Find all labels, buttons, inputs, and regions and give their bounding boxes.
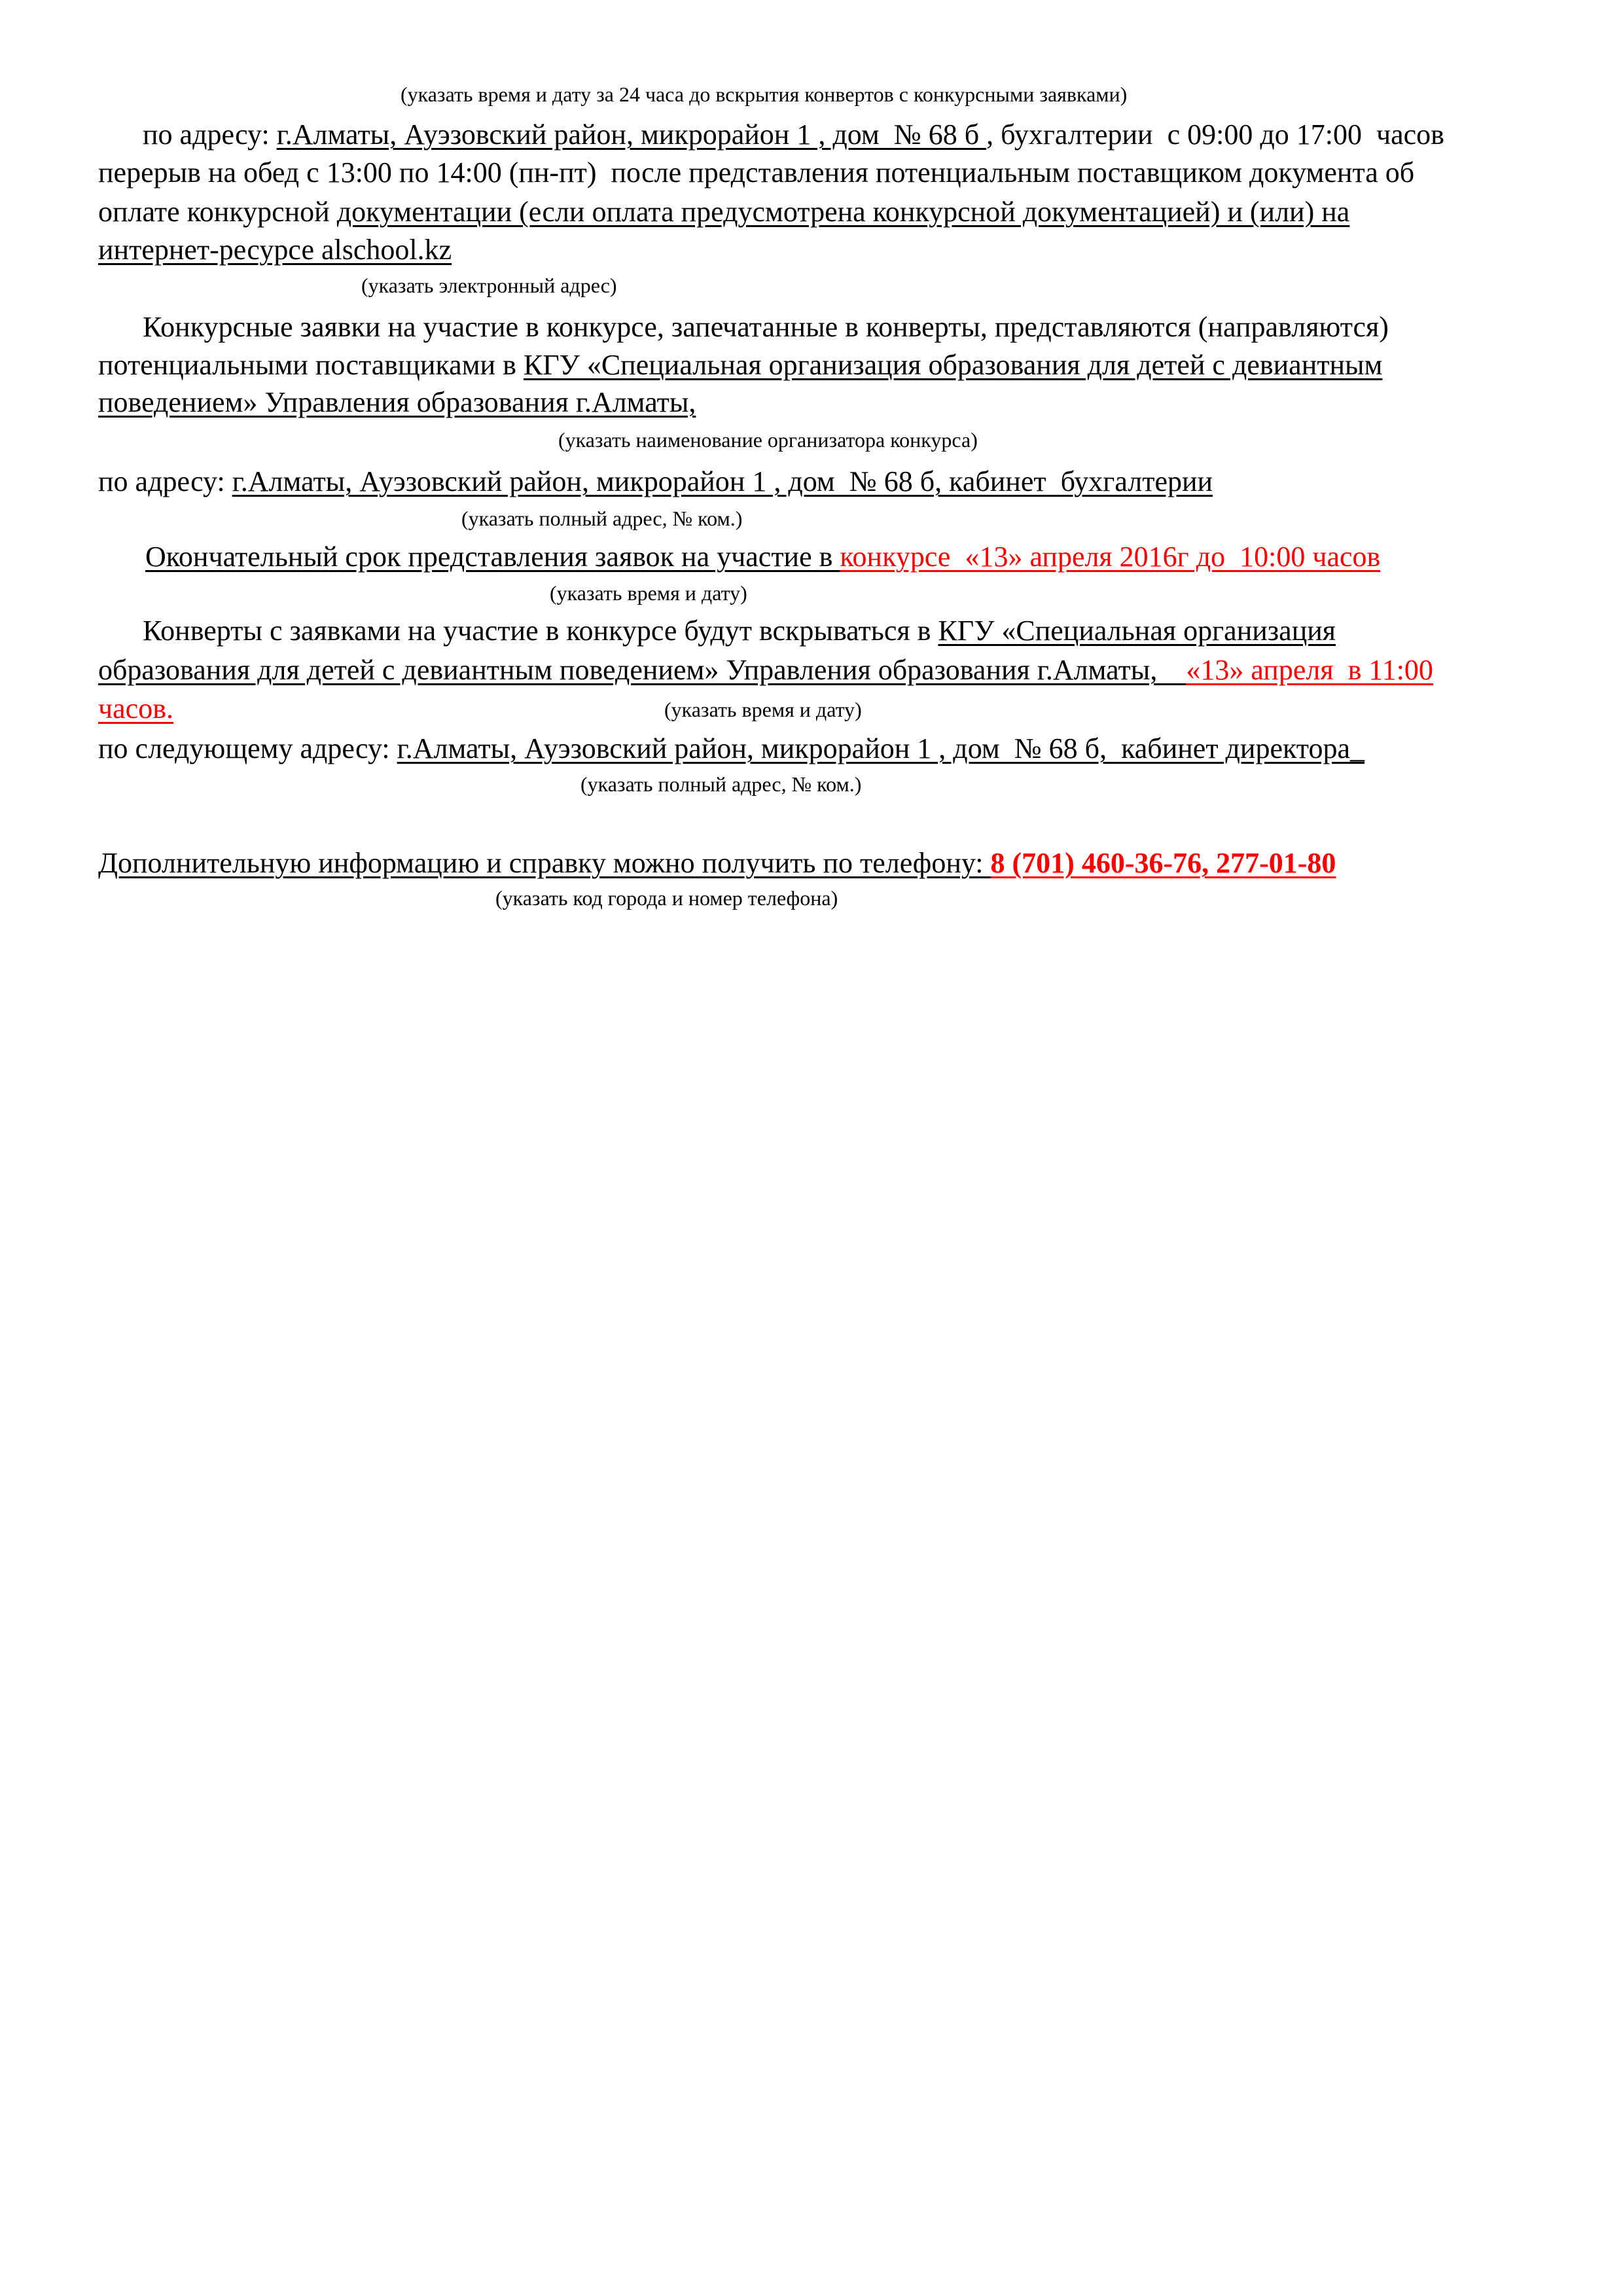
website-link[interactable]: интернет-ресурсе alschool.kz bbox=[98, 234, 452, 266]
deadline-label: Окончательный срок представления заявок … bbox=[145, 541, 840, 573]
caption-phone: (указать код города и номер телефона) bbox=[495, 888, 838, 908]
address-label: по адресу: bbox=[98, 465, 232, 497]
opening-line-3: часов. bbox=[98, 694, 173, 723]
opening-address: г.Алматы, Ауэзовский район, микрорайон 1… bbox=[397, 732, 1364, 764]
caption-time-date-2: (указать время и дату) bbox=[664, 699, 862, 720]
caption-time-date-24h: (указать время и дату за 24 часа до вскр… bbox=[401, 84, 1127, 105]
deadline-value: конкурсе «13» апреля 2016г до 10:00 часо… bbox=[840, 541, 1380, 573]
opening-organizer-cont: образования для детей с девиантным повед… bbox=[98, 654, 1186, 686]
address-label: по следующему адресу: bbox=[98, 732, 397, 764]
address-label: по адресу: bbox=[143, 118, 277, 151]
caption-time-date-1: (указать время и дату) bbox=[550, 583, 747, 603]
contact-label: Дополнительную информацию и справку можн… bbox=[98, 847, 991, 879]
caption-email: (указать электронный адрес) bbox=[361, 275, 617, 296]
contact-line: Дополнительную информацию и справку можн… bbox=[98, 849, 1336, 878]
opening-hours: часов. bbox=[98, 692, 173, 725]
documentation-text: документации (если оплата предусмотрена … bbox=[337, 196, 1350, 228]
opening-date: «13» апреля в 11:00 bbox=[1186, 654, 1433, 686]
phone-number[interactable]: 8 (701) 460-36-76, 277-01-80 bbox=[991, 847, 1336, 879]
organizer-name-cont: поведением» Управления образования г.Алм… bbox=[98, 386, 696, 418]
payment-text: оплате конкурсной bbox=[98, 196, 337, 228]
organizer-name: КГУ «Специальная организация образования… bbox=[524, 349, 1383, 381]
deadline-line: Окончательный срок представления заявок … bbox=[145, 543, 1380, 571]
opening-organizer: КГУ «Специальная организация bbox=[938, 615, 1336, 647]
opening-text: Конверты с заявками на участие в конкурс… bbox=[143, 615, 938, 647]
opening-line-1: Конверты с заявками на участие в конкурс… bbox=[143, 617, 1336, 645]
lunch-break-line: перерыв на обед с 13:00 по 14:00 (пн-пт)… bbox=[98, 158, 1414, 187]
hours-text: , бухгалтерии с 09:00 до 17:00 часов bbox=[986, 118, 1444, 151]
payment-line: оплате конкурсной документации (если опл… bbox=[98, 198, 1349, 226]
address-value: г.Алматы, Ауэзовский район, микрорайон 1… bbox=[277, 118, 986, 151]
opening-line-2: образования для детей с девиантным повед… bbox=[98, 656, 1433, 685]
submission-line-2: потенциальными поставщиками в КГУ «Специ… bbox=[98, 351, 1382, 380]
opening-address-line: по следующему адресу: г.Алматы, Ауэзовск… bbox=[98, 734, 1364, 763]
caption-full-address-2: (указать полный адрес, № ком.) bbox=[580, 774, 861, 795]
submission-address: г.Алматы, Ауэзовский район, микрорайон 1… bbox=[232, 465, 1213, 497]
caption-full-address-1: (указать полный адрес, № ком.) bbox=[461, 508, 742, 529]
submission-text: потенциальными поставщиками в bbox=[98, 349, 524, 381]
submission-line-3: поведением» Управления образования г.Алм… bbox=[98, 388, 696, 417]
caption-organizer: (указать наименование организатора конку… bbox=[558, 429, 978, 450]
submission-address-line: по адресу: г.Алматы, Ауэзовский район, м… bbox=[98, 467, 1213, 496]
submission-line-1: Конкурсные заявки на участие в конкурсе,… bbox=[143, 313, 1389, 342]
website-line: интернет-ресурсе alschool.kz bbox=[98, 236, 452, 264]
address-line: по адресу: г.Алматы, Ауэзовский район, м… bbox=[143, 120, 1444, 149]
